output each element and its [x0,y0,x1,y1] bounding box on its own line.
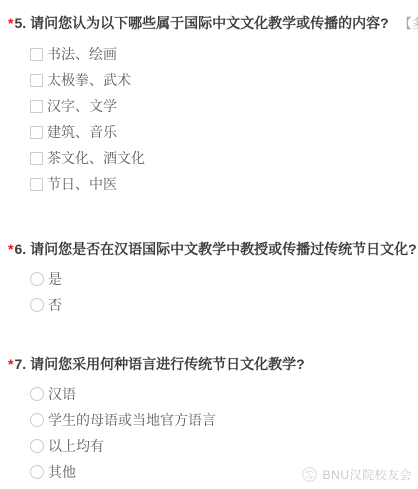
survey-page: *5.请问您认为以下哪些属于国际中文文化教学或传播的内容?【多选题】 书法、绘画… [0,0,418,489]
multi-select-tag: 【多选题】 [399,16,418,31]
option-label: 书法、绘画 [47,45,117,63]
question-6-options: 是 否 [8,266,410,318]
question-6: *6.请问您是否在汉语国际中文教学中教授或传播过传统节日文化? 是 否 [8,239,410,318]
option-label: 否 [48,296,62,314]
question-6-title: *6.请问您是否在汉语国际中文教学中教授或传播过传统节日文化? [8,239,410,259]
checkbox-option[interactable]: 书法、绘画 [8,41,410,67]
checkbox-option[interactable]: 节日、中医 [8,171,410,197]
question-7-title: *7.请问您采用何种语言进行传统节日文化教学? [8,354,410,374]
checkbox-icon[interactable] [30,74,43,87]
option-label: 汉语 [48,385,76,403]
question-text: 请问您认为以下哪些属于国际中文文化教学或传播的内容? [30,15,389,31]
option-label: 太极拳、武术 [47,71,131,89]
radio-icon[interactable] [30,387,44,401]
checkbox-icon[interactable] [30,48,43,61]
required-star: * [8,356,13,372]
checkbox-icon[interactable] [30,152,43,165]
checkbox-option[interactable]: 汉字、文学 [8,93,410,119]
option-label: 建筑、音乐 [47,123,117,141]
checkbox-option[interactable]: 建筑、音乐 [8,119,410,145]
option-label: 是 [48,270,62,288]
required-star: * [8,15,13,31]
question-text: 请问您是否在汉语国际中文教学中教授或传播过传统节日文化? [30,241,417,257]
question-5-title: *5.请问您认为以下哪些属于国际中文文化教学或传播的内容?【多选题】 [8,13,410,34]
question-number: 6. [14,241,26,257]
radio-option[interactable]: 学生的母语或当地官方语言 [8,407,410,433]
watermark: BNU汉院校友会 [301,466,412,483]
radio-icon[interactable] [30,272,44,286]
radio-option[interactable]: 否 [8,292,410,318]
checkbox-icon[interactable] [30,100,43,113]
radio-icon[interactable] [30,465,44,479]
watermark-text: BNU汉院校友会 [323,466,412,483]
radio-option[interactable]: 汉语 [8,381,410,407]
option-label: 其他 [48,463,76,481]
radio-option[interactable]: 是 [8,266,410,292]
radio-icon[interactable] [30,298,44,312]
option-label: 汉字、文学 [47,97,117,115]
question-number: 5. [14,15,26,31]
checkbox-option[interactable]: 茶文化、酒文化 [8,145,410,171]
question-5-options: 书法、绘画 太极拳、武术 汉字、文学 建筑、音乐 茶文化、酒文化 节日、中医 [8,41,410,197]
bnu-logo-icon [301,466,318,483]
option-label: 以上均有 [48,437,104,455]
radio-icon[interactable] [30,439,44,453]
question-5: *5.请问您认为以下哪些属于国际中文文化教学或传播的内容?【多选题】 书法、绘画… [8,13,410,197]
radio-option[interactable]: 以上均有 [8,433,410,459]
question-number: 7. [14,356,26,372]
checkbox-option[interactable]: 太极拳、武术 [8,67,410,93]
option-label: 学生的母语或当地官方语言 [48,411,216,429]
question-text: 请问您采用何种语言进行传统节日文化教学? [30,356,305,372]
option-label: 茶文化、酒文化 [47,149,145,167]
checkbox-icon[interactable] [30,178,43,191]
option-label: 节日、中医 [47,175,117,193]
radio-icon[interactable] [30,413,44,427]
checkbox-icon[interactable] [30,126,43,139]
required-star: * [8,241,13,257]
